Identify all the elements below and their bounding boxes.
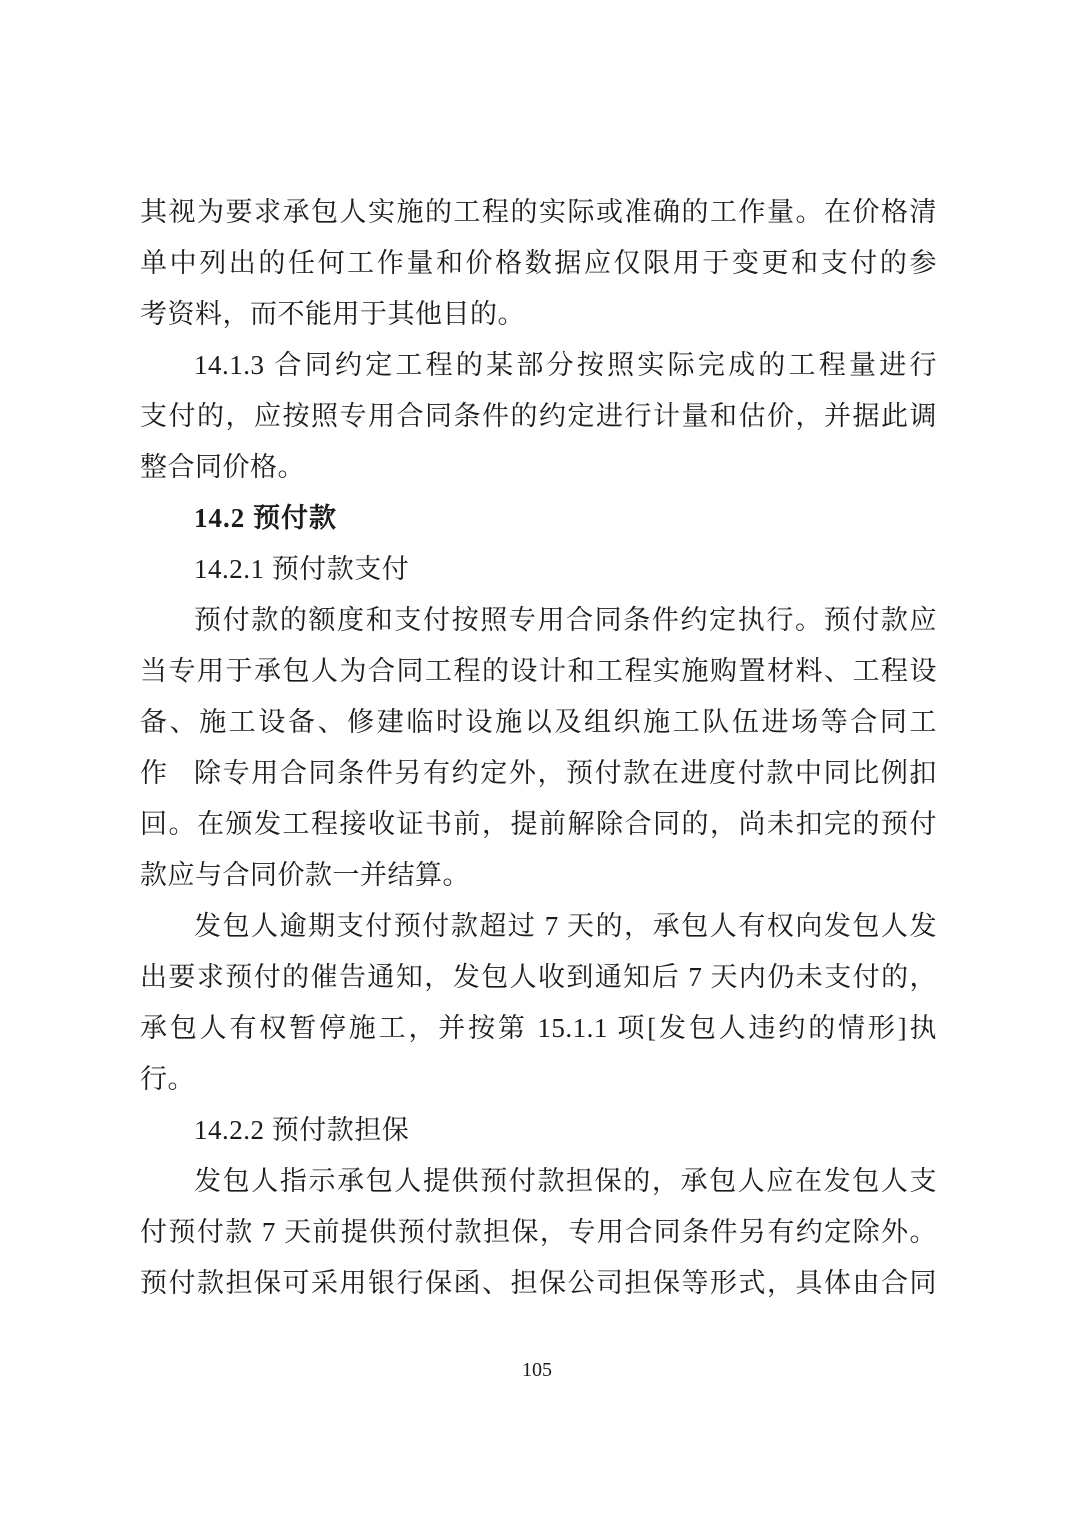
text-line: 支付的，应按照专用合同条件的约定进行计量和估价，并据此调 (140, 391, 937, 442)
text-line: 付预付款 7 天前提供预付款担保，专用合同条件另有约定除外。 (140, 1207, 937, 1258)
text-line: 14.1.3 合同约定工程的某部分按照实际完成的工程量进行 (140, 340, 937, 391)
page-number: 105 (522, 1359, 552, 1381)
paragraph: 发包人逾期支付预付款超过 7 天的，承包人有权向发包人发出要求预付的催告通知，发… (140, 901, 937, 1105)
text-line: 14.2.1 预付款支付 (140, 544, 937, 595)
paragraph: 预付款的额度和支付按照专用合同条件约定执行。预付款应当专用于承包人为合同工程的设… (140, 595, 937, 748)
text-line: 考资料，而不能用于其他目的。 (140, 289, 937, 340)
paragraph: 发包人指示承包人提供预付款担保的，承包人应在发包人支付预付款 7 天前提供预付款… (140, 1156, 937, 1309)
paragraph: 14.2.2 预付款担保 (140, 1105, 937, 1156)
text-line: 预付款的额度和支付按照专用合同条件约定执行。预付款应 (140, 595, 937, 646)
text-line: 行。 (140, 1054, 937, 1105)
text-line: 承包人有权暂停施工，并按第 15.1.1 项[发包人违约的情形]执 (140, 1003, 937, 1054)
text-line: 当专用于承包人为合同工程的设计和工程实施购置材料、工程设 (140, 646, 937, 697)
document-body: 其视为要求承包人实施的工程的实际或准确的工作量。在价格清单中列出的任何工作量和价… (140, 187, 937, 1309)
paragraph: 14.1.3 合同约定工程的某部分按照实际完成的工程量进行支付的，应按照专用合同… (140, 340, 937, 493)
text-line: 整合同价格。 (140, 442, 937, 493)
paragraph: 14.2.1 预付款支付 (140, 544, 937, 595)
paragraph: 其视为要求承包人实施的工程的实际或准确的工作量。在价格清单中列出的任何工作量和价… (140, 187, 937, 340)
paragraph: 除专用合同条件另有约定外，预付款在进度付款中同比例扣回。在颁发工程接收证书前，提… (140, 748, 937, 901)
text-line: 14.2.2 预付款担保 (140, 1105, 937, 1156)
text-line: 预付款担保可采用银行保函、担保公司担保等形式，具体由合同 (140, 1258, 937, 1309)
section-heading: 14.2 预付款 (140, 493, 937, 544)
text-line: 回。在颁发工程接收证书前，提前解除合同的，尚未扣完的预付 (140, 799, 937, 850)
text-line: 单中列出的任何工作量和价格数据应仅限用于变更和支付的参 (140, 238, 937, 289)
text-line: 出要求预付的催告通知，发包人收到通知后 7 天内仍未支付的， (140, 952, 937, 1003)
document-page: 其视为要求承包人实施的工程的实际或准确的工作量。在价格清单中列出的任何工作量和价… (0, 0, 1074, 1520)
text-line: 14.2 预付款 (140, 493, 937, 544)
text-line: 其视为要求承包人实施的工程的实际或准确的工作量。在价格清 (140, 187, 937, 238)
text-line: 备、施工设备、修建临时设施以及组织施工队伍进场等合同工作。 (140, 697, 937, 748)
text-line: 除专用合同条件另有约定外，预付款在进度付款中同比例扣 (140, 748, 937, 799)
page-footer: 105 (0, 1356, 1074, 1384)
text-line: 发包人指示承包人提供预付款担保的，承包人应在发包人支 (140, 1156, 937, 1207)
text-line: 款应与合同价款一并结算。 (140, 850, 937, 901)
text-line: 发包人逾期支付预付款超过 7 天的，承包人有权向发包人发 (140, 901, 937, 952)
